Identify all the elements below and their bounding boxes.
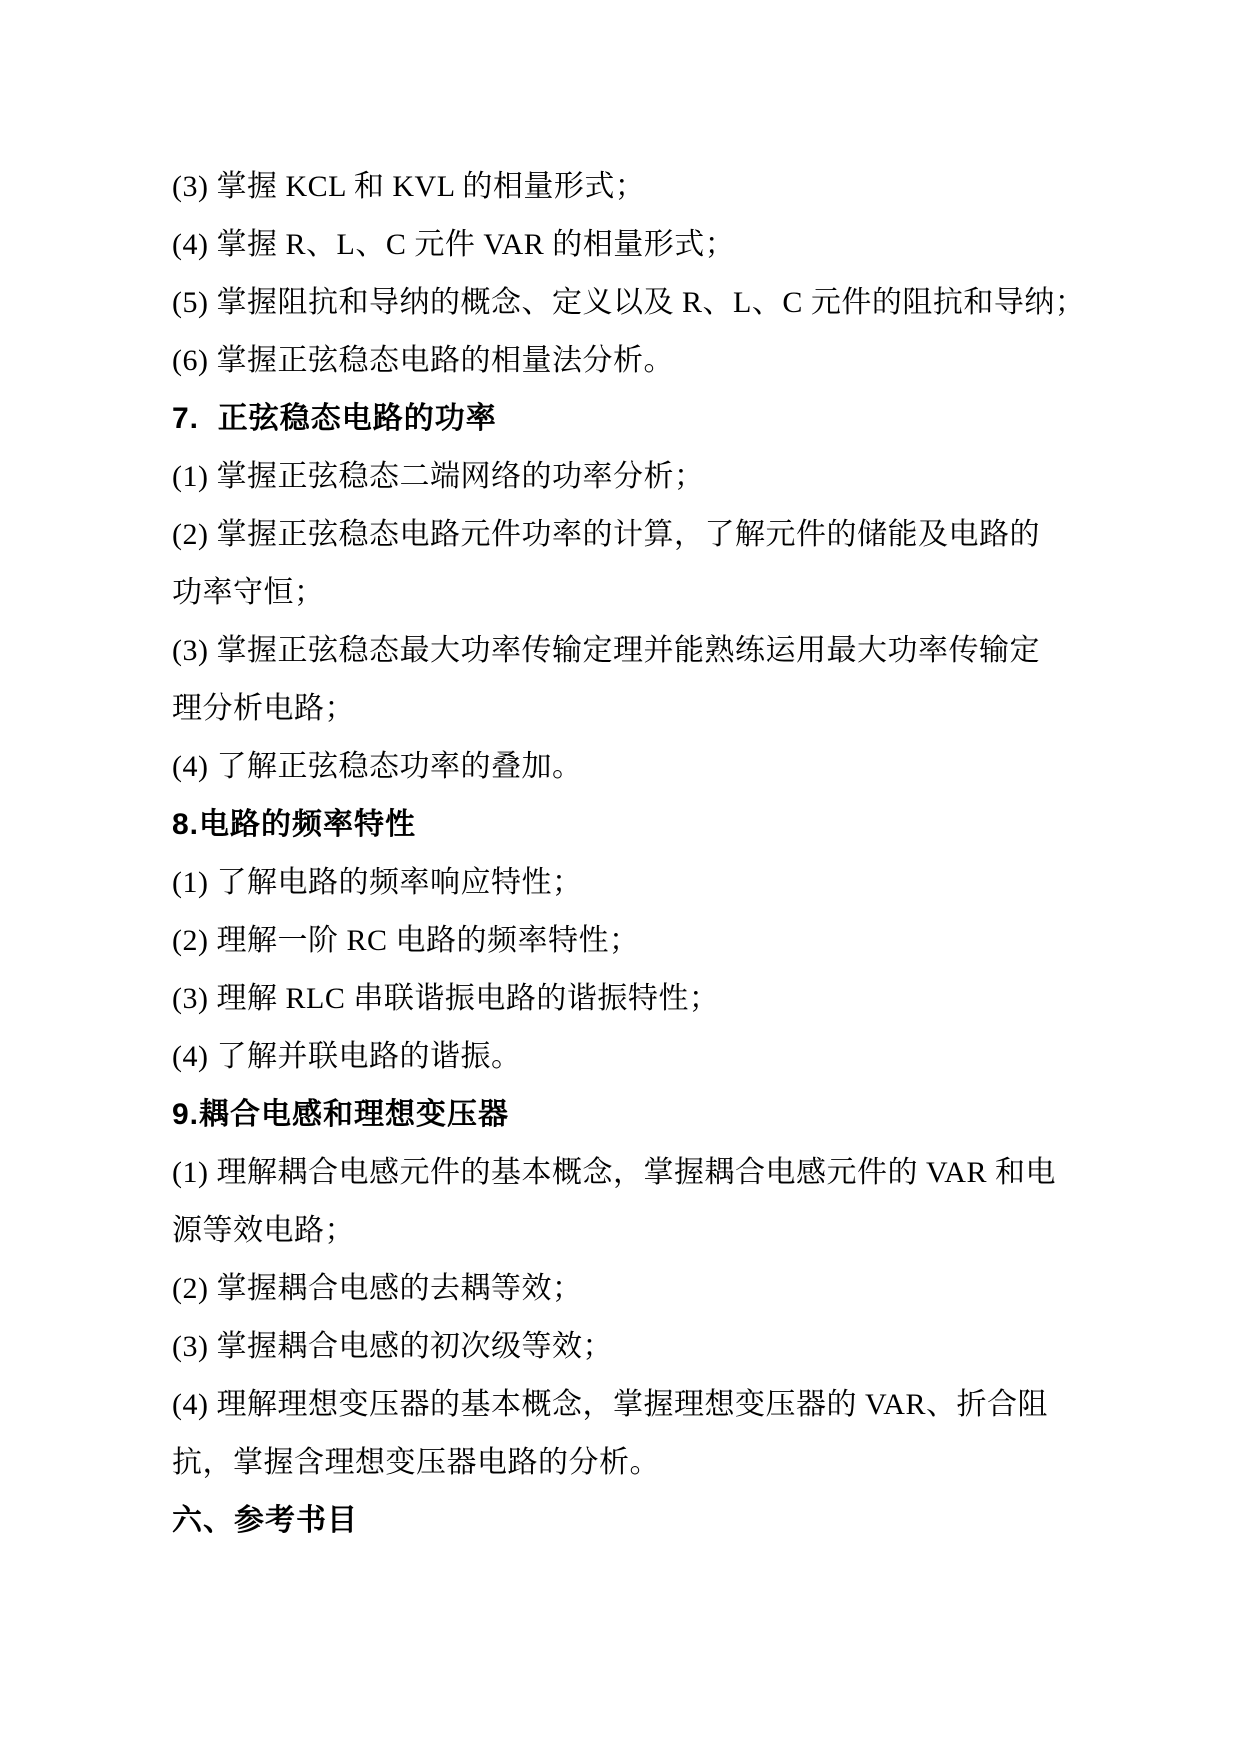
requirement-item-power-superposition: (4) 了解正弦稳态功率的叠加。: [172, 738, 1102, 796]
requirement-item-coupled-inductor-concepts-continuation: 源等效电路；: [172, 1202, 1102, 1260]
requirement-item-ideal-transformer: (4) 理解理想变压器的基本概念，掌握理想变压器的 VAR、折合阻: [172, 1376, 1102, 1434]
requirement-item-frequency-response: (1) 了解电路的频率响应特性；: [172, 854, 1102, 912]
requirement-item-ideal-transformer-continuation: 抗，掌握含理想变压器电路的分析。: [172, 1434, 1102, 1492]
requirement-item-impedance-admittance: (5) 掌握阻抗和导纳的概念、定义以及 R、L、C 元件的阻抗和导纳；: [172, 274, 1102, 332]
section-heading-sinusoidal-power: 7. 正弦稳态电路的功率: [172, 390, 1102, 448]
requirement-item-rlc-series-resonance: (3) 理解 RLC 串联谐振电路的谐振特性；: [172, 970, 1102, 1028]
requirement-item-phasor-analysis: (6) 掌握正弦稳态电路的相量法分析。: [172, 332, 1102, 390]
document-page: (3) 掌握 KCL 和 KVL 的相量形式； (4) 掌握 R、L、C 元件 …: [0, 0, 1240, 1754]
requirement-item-primary-secondary-equivalent: (3) 掌握耦合电感的初次级等效；: [172, 1318, 1102, 1376]
section-heading-coupled-inductors-transformer: 9.耦合电感和理想变压器: [172, 1086, 1102, 1144]
requirement-item-parallel-resonance: (4) 了解并联电路的谐振。: [172, 1028, 1102, 1086]
requirement-item-coupled-inductor-concepts: (1) 理解耦合电感元件的基本概念，掌握耦合电感元件的 VAR 和电: [172, 1144, 1102, 1202]
requirement-item-max-power-transfer-continuation: 理分析电路；: [172, 680, 1102, 738]
section-heading-references: 六、参考书目: [172, 1492, 1102, 1550]
requirement-item-element-power-calc-continuation: 功率守恒；: [172, 564, 1102, 622]
requirement-item-rc-frequency: (2) 理解一阶 RC 电路的频率特性；: [172, 912, 1102, 970]
section-heading-frequency-characteristics: 8.电路的频率特性: [172, 796, 1102, 854]
requirement-item-two-terminal-power: (1) 掌握正弦稳态二端网络的功率分析；: [172, 448, 1102, 506]
requirement-item-kcl-kvl-phasor: (3) 掌握 KCL 和 KVL 的相量形式；: [172, 158, 1102, 216]
requirement-item-rlc-var-phasor: (4) 掌握 R、L、C 元件 VAR 的相量形式；: [172, 216, 1102, 274]
requirement-item-max-power-transfer: (3) 掌握正弦稳态最大功率传输定理并能熟练运用最大功率传输定: [172, 622, 1102, 680]
document-text-block: (3) 掌握 KCL 和 KVL 的相量形式； (4) 掌握 R、L、C 元件 …: [172, 158, 1102, 1550]
requirement-item-decoupling-equivalent: (2) 掌握耦合电感的去耦等效；: [172, 1260, 1102, 1318]
requirement-item-element-power-calc: (2) 掌握正弦稳态电路元件功率的计算，了解元件的储能及电路的: [172, 506, 1102, 564]
